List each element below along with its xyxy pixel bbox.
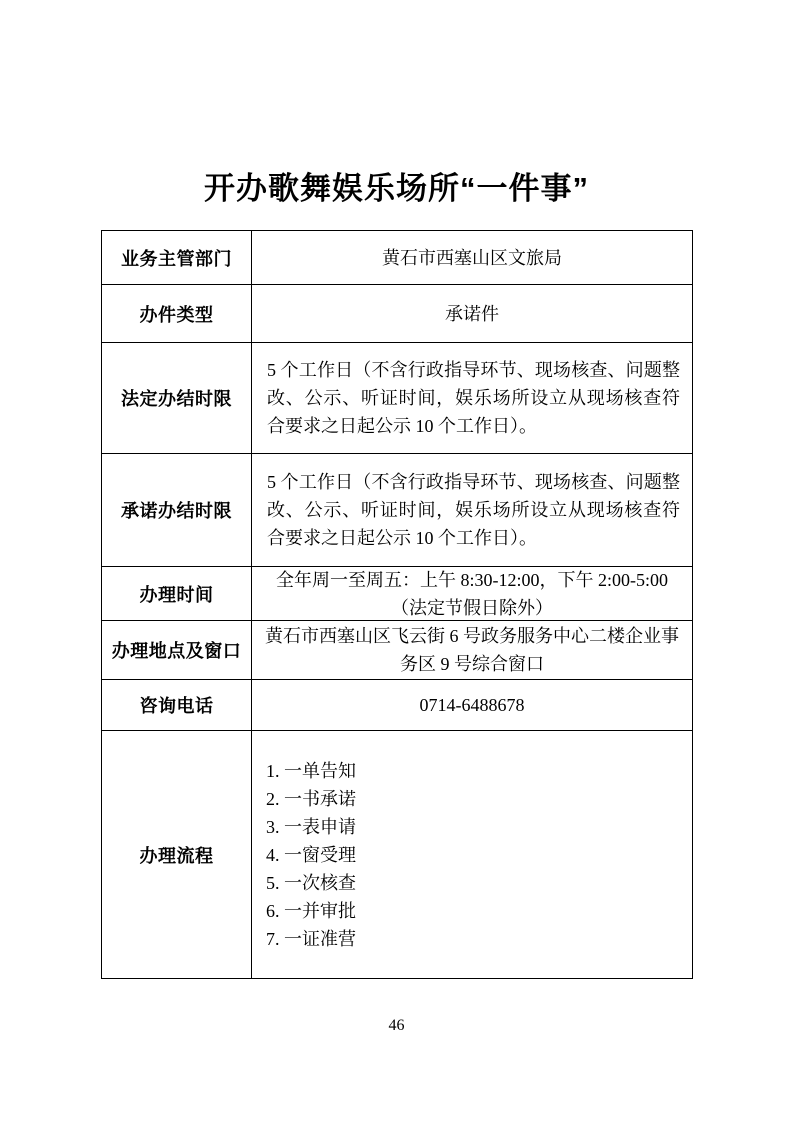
office-hours-line2: （法定节假日除外）	[391, 594, 553, 621]
service-info-table: 业务主管部门 黄石市西塞山区文旅局 办件类型 承诺件 法定办结时限 5 个工作日…	[101, 230, 693, 979]
row-label-phone: 咨询电话	[102, 679, 252, 730]
document-page: 开办歌舞娱乐场所“一件事” 业务主管部门 黄石市西塞山区文旅局 办件类型 承诺件…	[0, 0, 793, 1122]
process-step-5: 5. 一次核查	[266, 869, 692, 897]
row-value-office-hours: 全年周一至周五：上午 8:30-12:00，下午 2:00-5:00 （法定节假…	[252, 566, 692, 620]
row-value-department: 黄石市西塞山区文旅局	[252, 231, 692, 284]
row-label-office-hours: 办理时间	[102, 566, 252, 620]
row-label-location-window: 办理地点及窗口	[102, 620, 252, 679]
office-hours-line1: 全年周一至周五：上午 8:30-12:00，下午 2:00-5:00	[276, 566, 668, 594]
page-number: 46	[0, 1017, 793, 1035]
process-step-3: 3. 一表申请	[266, 813, 692, 841]
promised-time-limit-text: 5 个工作日（不含行政指导环节、现场核查、问题整改、公示、听证时间，娱乐场所设立…	[267, 468, 680, 552]
row-value-phone: 0714-6488678	[252, 679, 692, 730]
row-label-process: 办理流程	[102, 730, 252, 978]
process-step-2: 2. 一书承诺	[266, 785, 692, 813]
row-label-promised-time-limit: 承诺办结时限	[102, 453, 252, 566]
row-value-location-window: 黄石市西塞山区飞云街 6 号政务服务中心二楼企业事务区 9 号综合窗口	[252, 620, 692, 679]
row-value-statutory-time-limit: 5 个工作日（不含行政指导环节、现场核查、问题整改、公示、听证时间，娱乐场所设立…	[252, 342, 692, 453]
row-label-item-type: 办件类型	[102, 284, 252, 342]
process-step-1: 1. 一单告知	[266, 757, 692, 785]
process-step-6: 6. 一并审批	[266, 897, 692, 925]
process-step-4: 4. 一窗受理	[266, 841, 692, 869]
row-value-process: 1. 一单告知 2. 一书承诺 3. 一表申请 4. 一窗受理 5. 一次核查 …	[252, 730, 692, 978]
row-label-statutory-time-limit: 法定办结时限	[102, 342, 252, 453]
page-title: 开办歌舞娱乐场所“一件事”	[0, 163, 793, 208]
statutory-time-limit-text: 5 个工作日（不含行政指导环节、现场核查、问题整改、公示、听证时间，娱乐场所设立…	[267, 356, 680, 440]
row-label-department: 业务主管部门	[102, 231, 252, 284]
row-value-item-type: 承诺件	[252, 284, 692, 342]
process-step-7: 7. 一证准营	[266, 925, 692, 953]
row-value-promised-time-limit: 5 个工作日（不含行政指导环节、现场核查、问题整改、公示、听证时间，娱乐场所设立…	[252, 453, 692, 566]
